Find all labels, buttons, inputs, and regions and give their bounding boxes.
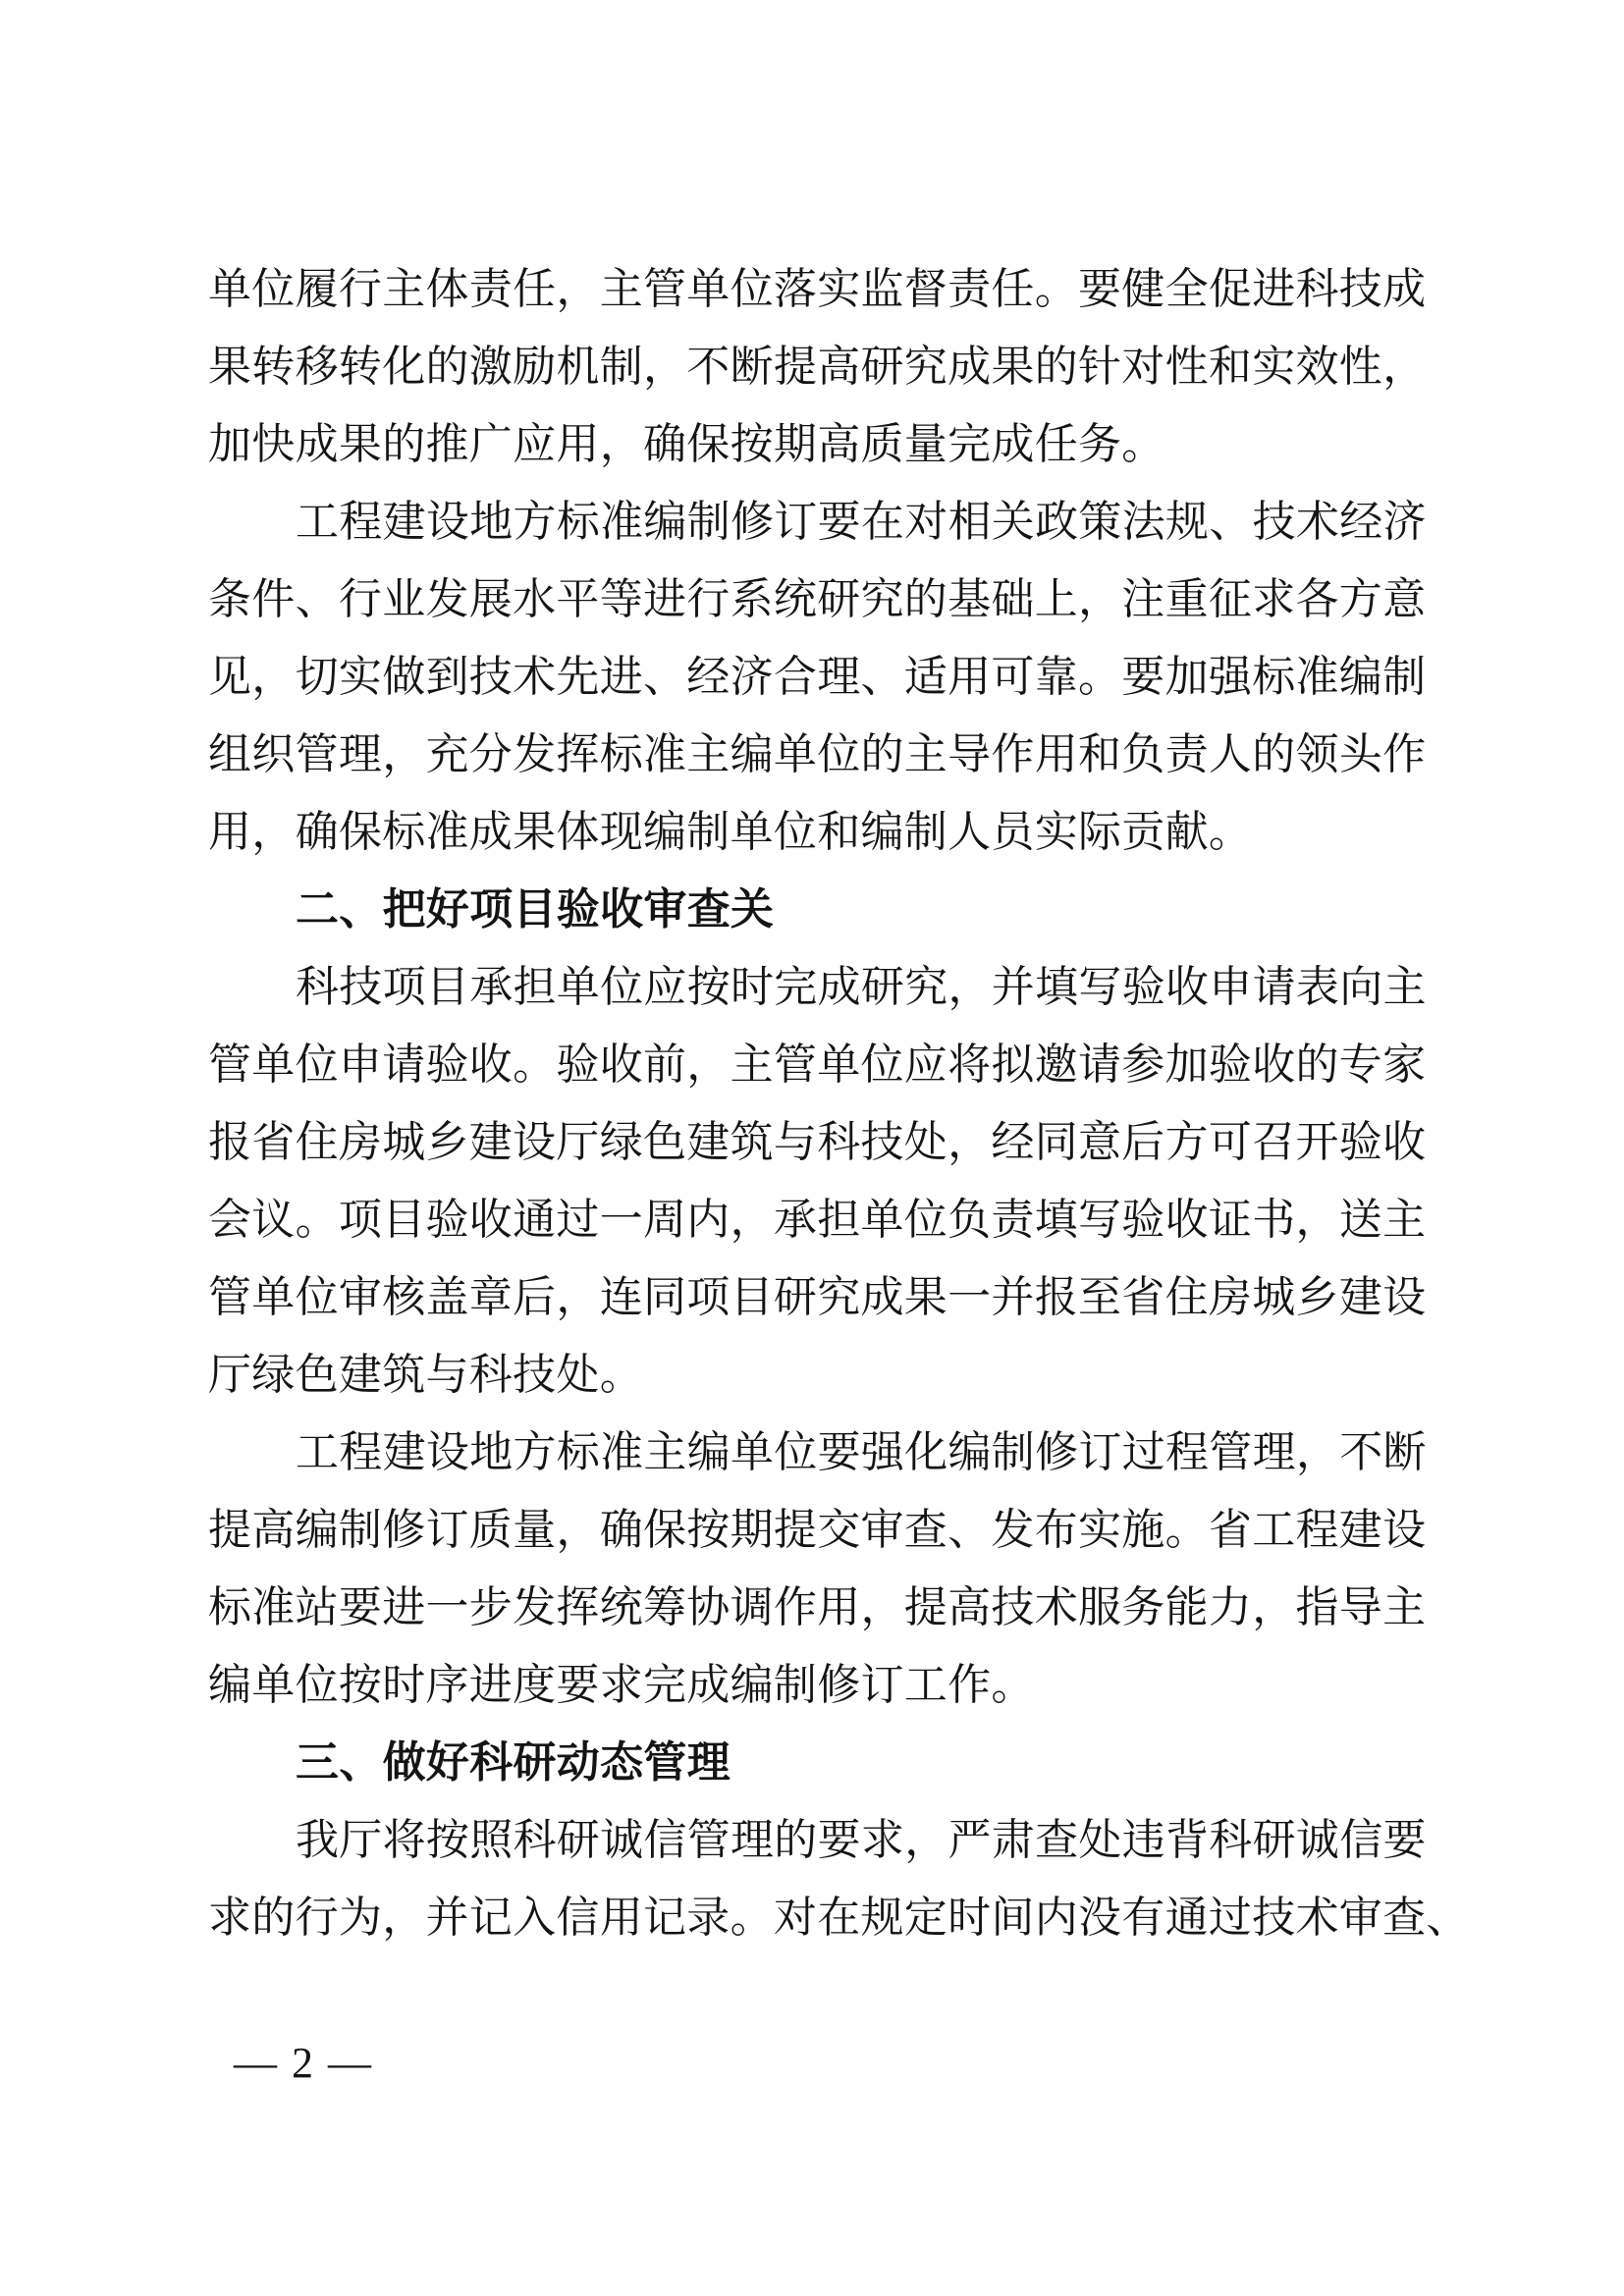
page-number: — 2 — (234, 2039, 373, 2087)
text-line: 见，切实做到技术先进、经济合理、适用可靠。要加强标准编制 (208, 638, 1475, 716)
document-page: 单位履行主体责任，主管单位落实监督责任。要健全促进科技成果转移转化的激励机制，不… (0, 0, 1624, 2296)
text-line: 求的行为，并记入信用记录。对在规定时间内没有通过技术审查、 (208, 1879, 1475, 1956)
text-line: 工程建设地方标准编制修订要在对相关政策法规、技术经济 (208, 483, 1475, 561)
text-line: 工程建设地方标准主编单位要强化编制修订过程管理，不断 (208, 1414, 1475, 1491)
text-line: 管单位审核盖章后，连同项目研究成果一并报至省住房城乡建设 (208, 1258, 1475, 1336)
text-line: 管单位申请验收。验收前，主管单位应将拟邀请参加验收的专家 (208, 1026, 1475, 1103)
text-line: 标准站要进一步发挥统筹协调作用，提高技术服务能力，指导主 (208, 1569, 1475, 1646)
document-body: 单位履行主体责任，主管单位落实监督责任。要健全促进科技成果转移转化的激励机制，不… (208, 250, 1475, 1956)
text-line: 组织管理，充分发挥标准主编单位的主导作用和负责人的领头作 (208, 716, 1475, 793)
page-footer: — 2 — (234, 2024, 373, 2102)
text-line: 我厅将按照科研诚信管理的要求，严肃查处违背科研诚信要 (208, 1801, 1475, 1879)
section-heading: 二、把好项目验收审查关 (208, 871, 1475, 948)
text-line: 会议。项目验收通过一周内，承担单位负责填写验收证书，送主 (208, 1181, 1475, 1258)
text-line: 厅绿色建筑与科技处。 (208, 1336, 1475, 1414)
text-line: 编单位按时序进度要求完成编制修订工作。 (208, 1646, 1475, 1724)
text-line: 科技项目承担单位应按时完成研究，并填写验收申请表向主 (208, 948, 1475, 1026)
text-line: 果转移转化的激励机制，不断提高研究成果的针对性和实效性， (208, 328, 1475, 405)
text-line: 报省住房城乡建设厅绿色建筑与科技处，经同意后方可召开验收 (208, 1103, 1475, 1181)
text-line: 加快成果的推广应用，确保按期高质量完成任务。 (208, 405, 1475, 483)
text-line: 用，确保标准成果体现编制单位和编制人员实际贡献。 (208, 793, 1475, 871)
text-line: 单位履行主体责任，主管单位落实监督责任。要健全促进科技成 (208, 250, 1475, 328)
text-line: 提高编制修订质量，确保按期提交审查、发布实施。省工程建设 (208, 1491, 1475, 1569)
section-heading: 三、做好科研动态管理 (208, 1724, 1475, 1801)
text-line: 条件、行业发展水平等进行系统研究的基础上，注重征求各方意 (208, 561, 1475, 638)
